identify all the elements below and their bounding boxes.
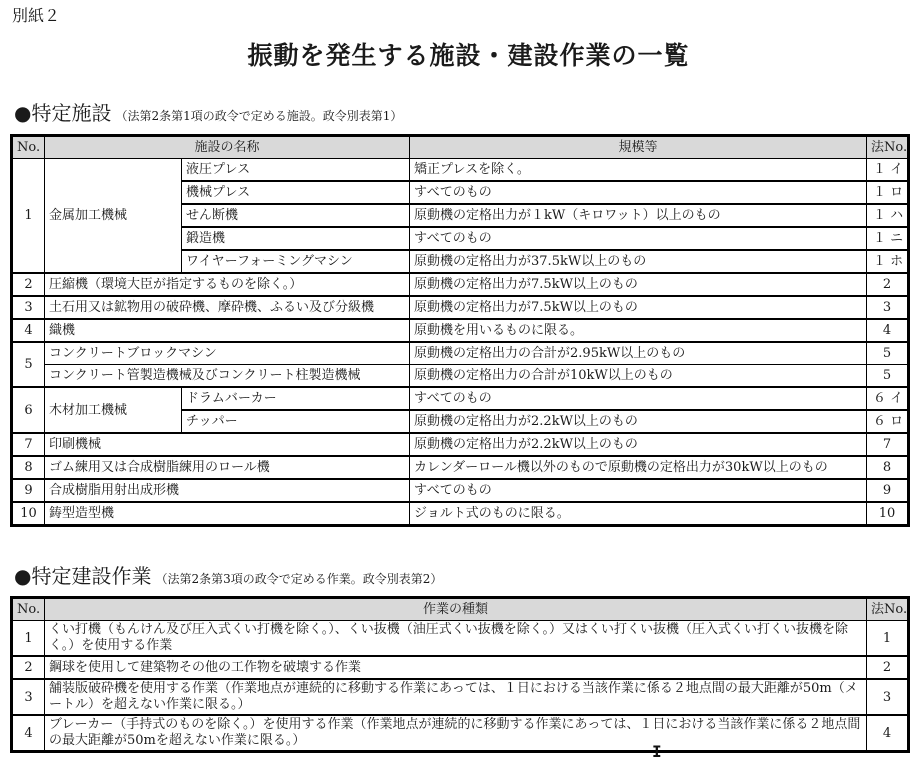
- col-header-law: 法No.: [867, 136, 909, 159]
- row-no: 4: [12, 319, 45, 342]
- row-name: 鍛造機: [182, 227, 410, 250]
- row-no: 5: [12, 342, 45, 387]
- row-no: 1: [12, 621, 45, 657]
- row-scale: 原動機の定格出力が7.5kW以上のもの: [410, 296, 867, 319]
- row-scale: すべてのもの: [410, 181, 867, 204]
- row-name: 合成樹脂用射出成形機: [45, 479, 410, 502]
- row-text: 舗装版破砕機を使用する作業（作業地点が連続的に移動する作業にあっては、１日におけ…: [45, 679, 867, 715]
- table-row: 4 ブレーカー（手持式のものを除く。）を使用する作業（作業地点が連続的に移動する…: [12, 715, 909, 752]
- row-scale: すべてのもの: [410, 227, 867, 250]
- row-scale: 原動機の定格出力が37.5kW以上のもの: [410, 250, 867, 273]
- row-no: 1: [12, 159, 45, 274]
- row-scale: ジョルト式のものに限る。: [410, 502, 867, 526]
- row-no: 3: [12, 296, 45, 319]
- col-header-name: 施設の名称: [45, 136, 410, 159]
- section-title: 特定建設作業: [31, 564, 151, 588]
- row-scale: すべてのもの: [410, 479, 867, 502]
- col-header-type: 作業の種類: [45, 598, 867, 621]
- row-law: 4: [867, 715, 909, 752]
- row-law: 5: [867, 342, 909, 365]
- row-law: ６ イ: [867, 387, 909, 410]
- row-no: 7: [12, 433, 45, 456]
- table-row: 8 ゴム練用又は合成樹脂練用のロール機 カレンダーロール機以外のもので原動機の定…: [12, 456, 909, 479]
- bullet-icon: ●: [14, 564, 31, 588]
- row-law: 4: [867, 319, 909, 342]
- table-row: 10 鋳型造型機 ジョルト式のものに限る。 10: [12, 502, 909, 526]
- row-law: 5: [867, 365, 909, 388]
- row-no: 2: [12, 273, 45, 296]
- row-law: 10: [867, 502, 909, 526]
- row-scale: カレンダーロール機以外のもので原動機の定格出力が30kW以上のもの: [410, 456, 867, 479]
- row-name: コンクリート管製造機械及びコンクリート柱製造機械: [45, 365, 410, 388]
- row-name: ゴム練用又は合成樹脂練用のロール機: [45, 456, 410, 479]
- row-no: 8: [12, 456, 45, 479]
- table-row: 3 土石用又は鉱物用の破砕機、摩砕機、ふるい及び分級機 原動機の定格出力が7.5…: [12, 296, 909, 319]
- row-law: １ ロ: [867, 181, 909, 204]
- row-law: 2: [867, 656, 909, 679]
- row-law: 3: [867, 296, 909, 319]
- table-row: 1 金属加工機械 液圧プレス 矯正プレスを除く。 １ イ: [12, 159, 909, 182]
- row-text: 鋼球を使用して建築物その他の工作物を破壊する作業: [45, 656, 867, 679]
- row-scale: 原動機の定格出力の合計が2.95kW以上のもの: [410, 342, 867, 365]
- row-no: 4: [12, 715, 45, 752]
- table-row: 4 織機 原動機を用いるものに限る。 4: [12, 319, 909, 342]
- attachment-label: 別紙２: [12, 3, 60, 26]
- row-law: １ イ: [867, 159, 909, 182]
- row-law: 2: [867, 273, 909, 296]
- row-no: 10: [12, 502, 45, 526]
- row-name: 液圧プレス: [182, 159, 410, 182]
- row-scale: 原動機の定格出力が2.2kW以上のもの: [410, 433, 867, 456]
- specified-facilities-table: No. 施設の名称 規模等 法No. 1 金属加工機械 液圧プレス 矯正プレスを…: [10, 134, 910, 527]
- row-name: 圧縮機（環境大臣が指定するものを除く。）: [45, 273, 410, 296]
- section-note: （法第2条第3項の政令で定める作業。政令別表第2）: [155, 572, 442, 586]
- table-header-row: No. 作業の種類 法No.: [12, 598, 909, 621]
- table-row: コンクリート管製造機械及びコンクリート柱製造機械 原動機の定格出力の合計が10k…: [12, 365, 909, 388]
- row-no: 6: [12, 387, 45, 433]
- row-text: ブレーカー（手持式のものを除く。）を使用する作業（作業地点が連続的に移動する作業…: [45, 715, 867, 752]
- row-law: １ ハ: [867, 204, 909, 227]
- row-group-name: 木材加工機械: [45, 387, 182, 433]
- row-law: 1: [867, 621, 909, 657]
- row-name: 機械プレス: [182, 181, 410, 204]
- row-law: １ ホ: [867, 250, 909, 273]
- row-no: 3: [12, 679, 45, 715]
- row-name: ワイヤーフォーミングマシン: [182, 250, 410, 273]
- text-cursor-icon: I: [652, 742, 662, 761]
- page-title: 振動を発生する施設・建設作業の一覧: [0, 36, 917, 72]
- row-no: 2: [12, 656, 45, 679]
- row-name: ドラムバーカー: [182, 387, 410, 410]
- section-heading-specified-construction-work: ●特定建設作業（法第2条第3項の政令で定める作業。政令別表第2）: [14, 560, 442, 589]
- row-law: 7: [867, 433, 909, 456]
- section-title: 特定施設: [31, 101, 111, 125]
- table-header-row: No. 施設の名称 規模等 法No.: [12, 136, 909, 159]
- row-law: 8: [867, 456, 909, 479]
- row-name: 鋳型造型機: [45, 502, 410, 526]
- row-text: くい打機（もんけん及び圧入式くい打機を除く。）、くい抜機（油圧式くい抜機を除く。…: [45, 621, 867, 657]
- row-law: 9: [867, 479, 909, 502]
- row-name: 織機: [45, 319, 410, 342]
- table-row: 5 コンクリートブロックマシン 原動機の定格出力の合計が2.95kW以上のもの …: [12, 342, 909, 365]
- row-scale: 原動機を用いるものに限る。: [410, 319, 867, 342]
- table-row: 9 合成樹脂用射出成形機 すべてのもの 9: [12, 479, 909, 502]
- col-header-no: No.: [12, 598, 45, 621]
- bullet-icon: ●: [14, 101, 31, 125]
- table-row: 7 印刷機械 原動機の定格出力が2.2kW以上のもの 7: [12, 433, 909, 456]
- table-row: 3 舗装版破砕機を使用する作業（作業地点が連続的に移動する作業にあっては、１日に…: [12, 679, 909, 715]
- row-name: コンクリートブロックマシン: [45, 342, 410, 365]
- row-group-name: 金属加工機械: [45, 159, 182, 274]
- row-scale: 原動機の定格出力が7.5kW以上のもの: [410, 273, 867, 296]
- row-scale: 矯正プレスを除く。: [410, 159, 867, 182]
- col-header-law: 法No.: [867, 598, 909, 621]
- row-law: ６ ロ: [867, 410, 909, 433]
- table-row: 6 木材加工機械 ドラムバーカー すべてのもの ６ イ: [12, 387, 909, 410]
- row-law: 3: [867, 679, 909, 715]
- row-name: 印刷機械: [45, 433, 410, 456]
- row-scale: 原動機の定格出力の合計が10kW以上のもの: [410, 365, 867, 388]
- col-header-scale: 規模等: [410, 136, 867, 159]
- row-name: せん断機: [182, 204, 410, 227]
- row-name: チッパー: [182, 410, 410, 433]
- table-row: 2 圧縮機（環境大臣が指定するものを除く。） 原動機の定格出力が7.5kW以上の…: [12, 273, 909, 296]
- row-law: １ ニ: [867, 227, 909, 250]
- specified-construction-work-table: No. 作業の種類 法No. 1 くい打機（もんけん及び圧入式くい打機を除く。）…: [10, 596, 910, 753]
- row-name: 土石用又は鉱物用の破砕機、摩砕機、ふるい及び分級機: [45, 296, 410, 319]
- row-scale: 原動機の定格出力が2.2kW以上のもの: [410, 410, 867, 433]
- row-scale: すべてのもの: [410, 387, 867, 410]
- table-row: 2 鋼球を使用して建築物その他の工作物を破壊する作業 2: [12, 656, 909, 679]
- row-no: 9: [12, 479, 45, 502]
- table-row: 1 くい打機（もんけん及び圧入式くい打機を除く。）、くい抜機（油圧式くい抜機を除…: [12, 621, 909, 657]
- section-note: （法第2条第1項の政令で定める施設。政令別表第1）: [115, 109, 402, 123]
- section-heading-specified-facilities: ●特定施設（法第2条第1項の政令で定める施設。政令別表第1）: [14, 97, 402, 126]
- col-header-no: No.: [12, 136, 45, 159]
- row-scale: 原動機の定格出力が１kW（キロワット）以上のもの: [410, 204, 867, 227]
